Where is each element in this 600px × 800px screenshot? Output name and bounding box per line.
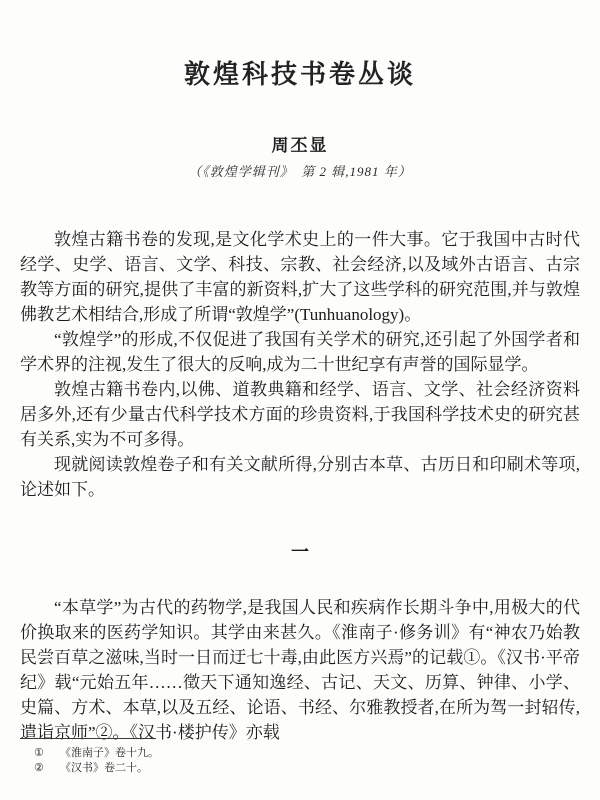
footnotes-block: ① 《淮南子》卷十九。 ② 《汉书》卷二十。 — [20, 738, 580, 776]
section-one-paragraph-1: “本草学”为古代的药物学,是我国人民和疾病作长期斗争中,用极大的代价换取来的医药… — [20, 595, 580, 745]
footnote-1-text: 《淮南子》卷十九。 — [60, 746, 580, 761]
footnote-2: ② 《汉书》卷二十。 — [20, 761, 580, 776]
document-body: 敦煌古籍书卷的发现,是文化学术史上的一件大事。它于我国中古时代经学、史学、语言、… — [20, 227, 580, 745]
footnote-divider — [20, 738, 156, 739]
footnote-2-marker: ② — [34, 761, 60, 776]
intro-paragraph-2: “敦煌学”的形成,不仅促进了我国有关学术的研究,还引起了外国学者和学术界的注视,… — [20, 327, 580, 377]
footnote-1-marker: ① — [34, 746, 60, 761]
intro-paragraph-3: 敦煌古籍书卷内,以佛、道教典籍和经学、语言、文学、社会经济资料居多外,还有少量古… — [20, 377, 580, 452]
section-one-heading: 一 — [20, 540, 580, 565]
footnote-2-text: 《汉书》卷二十。 — [60, 761, 580, 776]
author-name: 周丕显 — [0, 131, 600, 156]
footnote-1: ① 《淮南子》卷十九。 — [20, 746, 580, 761]
document-title: 敦煌科技书卷丛谈 — [0, 0, 600, 91]
scanned-document-page: 敦煌科技书卷丛谈 周丕显 （《敦煌学辑刊》 第 2 辑,1981 年） 敦煌古籍… — [0, 0, 600, 800]
intro-paragraph-1: 敦煌古籍书卷的发现,是文化学术史上的一件大事。它于我国中古时代经学、史学、语言、… — [20, 227, 580, 327]
source-citation: （《敦煌学辑刊》 第 2 辑,1981 年） — [0, 161, 600, 180]
intro-paragraph-4: 现就阅读敦煌卷子和有关文献所得,分别古本草、古历日和印刷术等项,论述如下。 — [20, 452, 580, 502]
